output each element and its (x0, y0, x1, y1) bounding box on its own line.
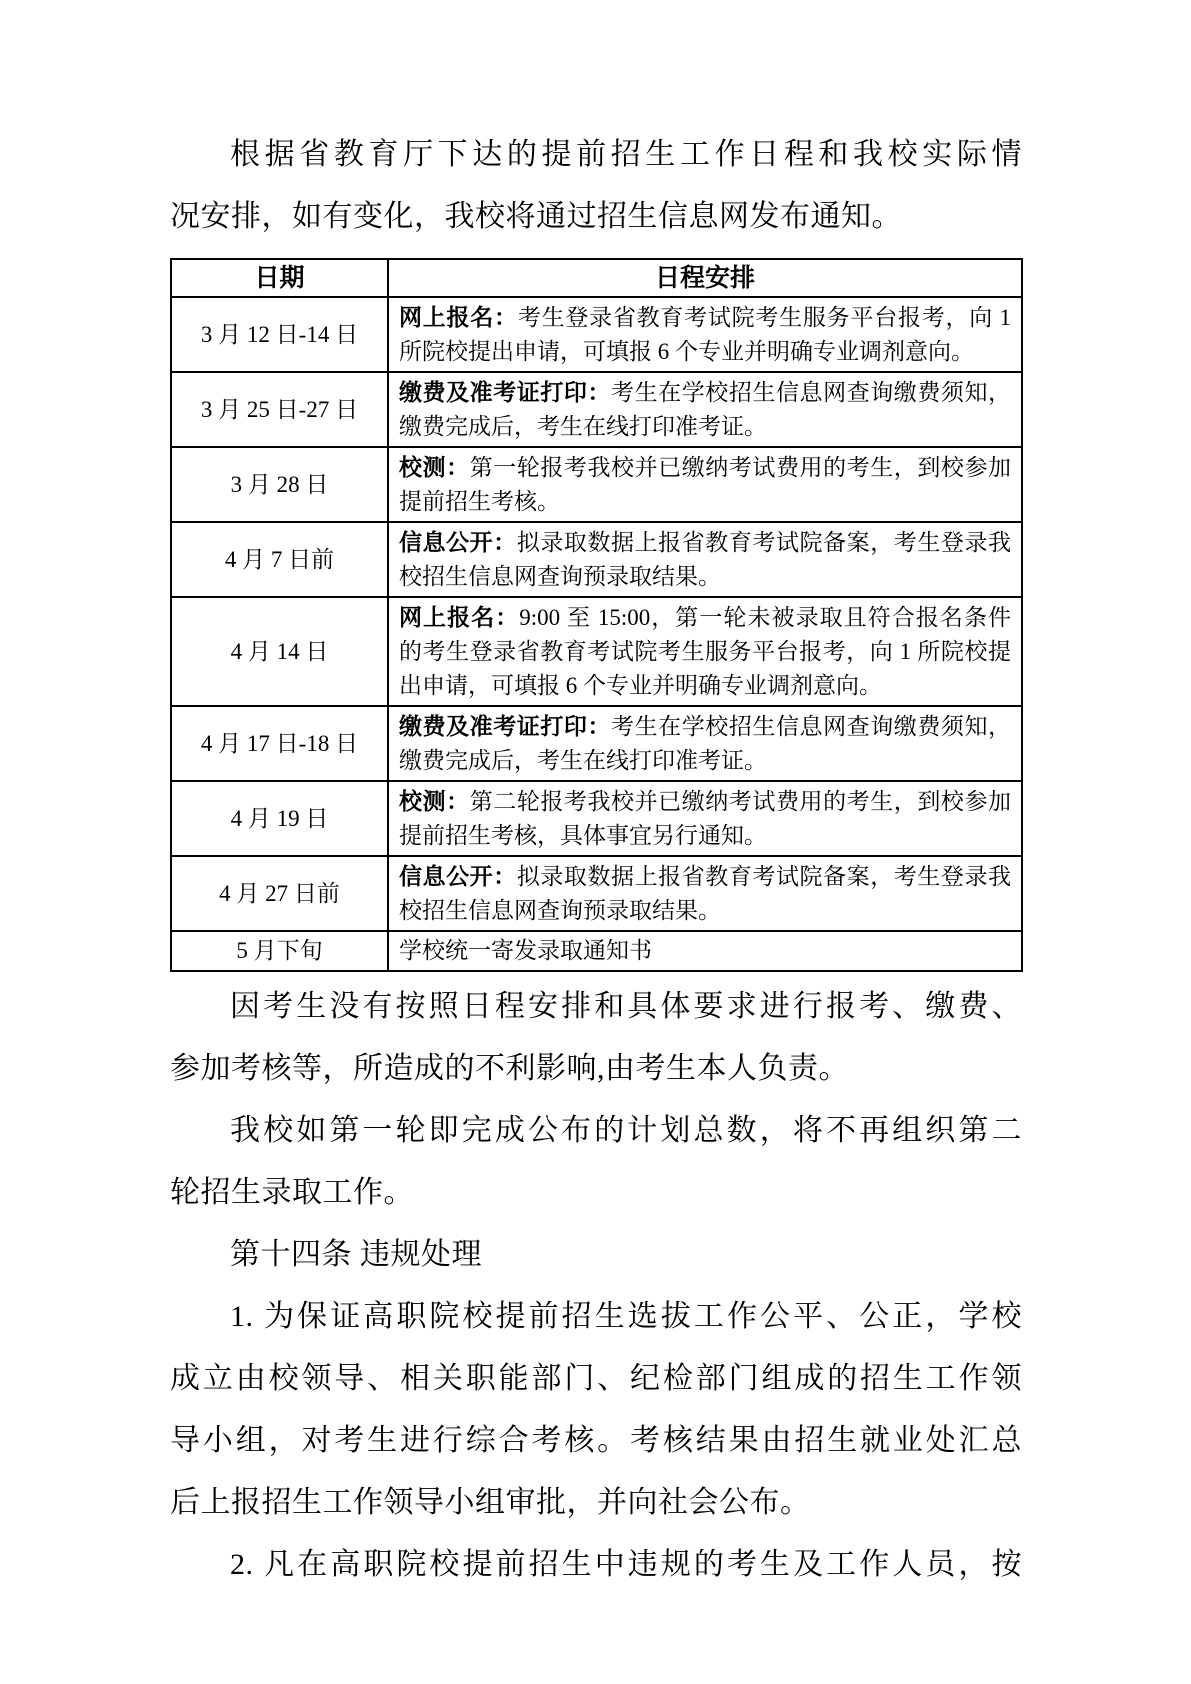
desc-line: 出申请，可填报 6 个专业并明确专业调剂意向。 (399, 669, 1011, 703)
desc-cell: 网上报名：9:00 至 15:00，第一轮未被录取且符合报名条件 的考生登录省教… (388, 597, 1022, 706)
desc-cell: 学校统一寄发录取通知书 (388, 931, 1022, 971)
desc-text: 考生在学校招生信息网查询缴费须知， (611, 380, 1011, 405)
desc-lead: 网上报名： (399, 604, 519, 630)
desc-line: 缴费及准考证打印：考生在学校招生信息网查询缴费须知， (399, 375, 1011, 410)
table-row: 3 月 12 日-14 日 网上报名：考生登录省教育考试院考生服务平台报考，向 … (171, 297, 1022, 372)
paragraph-line: 因考生没有按照日程安排和具体要求进行报考、缴费、 (170, 976, 1022, 1038)
paragraph-line: 参加考核等，所造成的不利影响,由考生本人负责。 (170, 1038, 1022, 1100)
intro-paragraph: 根据省教育厅下达的提前招生工作日程和我校实际情 况安排，如有变化，我校将通过招生… (170, 124, 1022, 248)
paragraph-line: 成立由校领导、相关职能部门、纪检部门组成的招生工作领 (170, 1348, 1022, 1410)
date-cell: 4 月 14 日 (171, 597, 388, 706)
table-row: 4 月 19 日 校测：第二轮报考我校并已缴纳考试费用的考生，到校参加 提前招生… (171, 781, 1022, 856)
desc-cell: 校测：第二轮报考我校并已缴纳考试费用的考生，到校参加 提前招生考核，具体事宜另行… (388, 781, 1022, 856)
desc-line: 所院校提出申请，可填报 6 个专业并明确专业调剂意向。 (399, 335, 1011, 369)
desc-text: 第二轮报考我校并已缴纳考试费用的考生，到校参加 (470, 789, 1011, 814)
date-cell: 4 月 27 日前 (171, 856, 388, 931)
desc-line: 信息公开：拟录取数据上报省教育考试院备案，考生登录我 (399, 525, 1011, 560)
desc-lead: 信息公开： (399, 863, 517, 889)
desc-text: 考生登录省教育考试院考生服务平台报考，向 1 (518, 305, 1011, 330)
section-heading-text: 第十四条 违规处理 (170, 1224, 1022, 1286)
desc-line: 提前招生考核。 (399, 485, 1011, 519)
date-cell: 4 月 7 日前 (171, 522, 388, 597)
desc-line: 校招生信息网查询预录取结果。 (399, 894, 1011, 928)
desc-cell: 缴费及准考证打印：考生在学校招生信息网查询缴费须知， 缴费完成后，考生在线打印准… (388, 372, 1022, 447)
desc-text: 拟录取数据上报省教育考试院备案，考生登录我 (517, 864, 1011, 889)
paragraph-line: 根据省教育厅下达的提前招生工作日程和我校实际情 (170, 124, 1022, 186)
date-cell: 4 月 17 日-18 日 (171, 706, 388, 781)
desc-line: 学校统一寄发录取通知书 (399, 934, 1011, 968)
date-cell: 5 月下旬 (171, 931, 388, 971)
desc-line: 缴费及准考证打印：考生在学校招生信息网查询缴费须知， (399, 709, 1011, 744)
document-page: 根据省教育厅下达的提前招生工作日程和我校实际情 况安排，如有变化，我校将通过招生… (0, 0, 1191, 1684)
desc-cell: 网上报名：考生登录省教育考试院考生服务平台报考，向 1 所院校提出申请，可填报 … (388, 297, 1022, 372)
desc-lead: 缴费及准考证打印： (399, 379, 611, 405)
desc-cell: 信息公开：拟录取数据上报省教育考试院备案，考生登录我 校招生信息网查询预录取结果… (388, 856, 1022, 931)
desc-line: 校测：第二轮报考我校并已缴纳考试费用的考生，到校参加 (399, 784, 1011, 819)
body-paragraph: 1. 为保证高职院校提前招生选拔工作公平、公正，学校 成立由校领导、相关职能部门… (170, 1286, 1022, 1534)
desc-lead: 校测： (399, 788, 470, 814)
header-cell-schedule: 日程安排 (388, 259, 1022, 297)
paragraph-line: 后上报招生工作领导小组审批，并向社会公布。 (170, 1472, 1022, 1534)
section-heading: 第十四条 违规处理 (170, 1224, 1022, 1286)
desc-cell: 校测：第一轮报考我校并已缴纳考试费用的考生，到校参加 提前招生考核。 (388, 447, 1022, 522)
paragraph-line: 我校如第一轮即完成公布的计划总数，将不再组织第二 (170, 1100, 1022, 1162)
document-content: 根据省教育厅下达的提前招生工作日程和我校实际情 况安排，如有变化，我校将通过招生… (170, 0, 1022, 1596)
desc-line: 提前招生考核，具体事宜另行通知。 (399, 819, 1011, 853)
desc-line: 信息公开：拟录取数据上报省教育考试院备案，考生登录我 (399, 859, 1011, 894)
desc-lead: 校测： (399, 454, 470, 480)
date-cell: 4 月 19 日 (171, 781, 388, 856)
paragraph-line: 况安排，如有变化，我校将通过招生信息网发布通知。 (170, 186, 1022, 248)
body-paragraph: 我校如第一轮即完成公布的计划总数，将不再组织第二 轮招生录取工作。 (170, 1100, 1022, 1224)
date-cell: 3 月 28 日 (171, 447, 388, 522)
date-cell: 3 月 25 日-27 日 (171, 372, 388, 447)
desc-text: 9:00 至 15:00，第一轮未被录取且符合报名条件 (519, 605, 1011, 630)
table-row: 4 月 17 日-18 日 缴费及准考证打印：考生在学校招生信息网查询缴费须知，… (171, 706, 1022, 781)
desc-cell: 缴费及准考证打印：考生在学校招生信息网查询缴费须知， 缴费完成后，考生在线打印准… (388, 706, 1022, 781)
header-cell-date: 日期 (171, 259, 388, 297)
table-header-row: 日期 日程安排 (171, 259, 1022, 297)
table-row: 5 月下旬 学校统一寄发录取通知书 (171, 931, 1022, 971)
table-row: 4 月 27 日前 信息公开：拟录取数据上报省教育考试院备案，考生登录我 校招生… (171, 856, 1022, 931)
desc-cell: 信息公开：拟录取数据上报省教育考试院备案，考生登录我 校招生信息网查询预录取结果… (388, 522, 1022, 597)
desc-line: 网上报名：9:00 至 15:00，第一轮未被录取且符合报名条件 (399, 600, 1011, 635)
desc-line: 缴费完成后，考生在线打印准考证。 (399, 410, 1011, 444)
paragraph-line: 1. 为保证高职院校提前招生选拔工作公平、公正，学校 (170, 1286, 1022, 1348)
paragraph-line: 2. 凡在高职院校提前招生中违规的考生及工作人员，按 (170, 1534, 1022, 1596)
desc-lead: 网上报名： (399, 304, 518, 330)
desc-line: 校测：第一轮报考我校并已缴纳考试费用的考生，到校参加 (399, 450, 1011, 485)
desc-line: 校招生信息网查询预录取结果。 (399, 560, 1011, 594)
date-cell: 3 月 12 日-14 日 (171, 297, 388, 372)
paragraph-line: 导小组，对考生进行综合考核。考核结果由招生就业处汇总 (170, 1410, 1022, 1472)
desc-text: 考生在学校招生信息网查询缴费须知， (611, 714, 1011, 739)
table-row: 4 月 14 日 网上报名：9:00 至 15:00，第一轮未被录取且符合报名条… (171, 597, 1022, 706)
desc-line: 缴费完成后，考生在线打印准考证。 (399, 744, 1011, 778)
table-row: 3 月 25 日-27 日 缴费及准考证打印：考生在学校招生信息网查询缴费须知，… (171, 372, 1022, 447)
paragraph-line: 轮招生录取工作。 (170, 1162, 1022, 1224)
body-paragraph: 2. 凡在高职院校提前招生中违规的考生及工作人员，按 (170, 1534, 1022, 1596)
desc-lead: 缴费及准考证打印： (399, 713, 611, 739)
desc-text: 拟录取数据上报省教育考试院备案，考生登录我 (517, 530, 1011, 555)
body-paragraph: 因考生没有按照日程安排和具体要求进行报考、缴费、 参加考核等，所造成的不利影响,… (170, 976, 1022, 1100)
table-row: 4 月 7 日前 信息公开：拟录取数据上报省教育考试院备案，考生登录我 校招生信… (171, 522, 1022, 597)
desc-line: 网上报名：考生登录省教育考试院考生服务平台报考，向 1 (399, 300, 1011, 335)
desc-text: 第一轮报考我校并已缴纳考试费用的考生，到校参加 (470, 455, 1011, 480)
schedule-table: 日期 日程安排 3 月 12 日-14 日 网上报名：考生登录省教育考试院考生服… (170, 258, 1023, 972)
desc-line: 的考生登录省教育考试院考生服务平台报考，向 1 所院校提 (399, 635, 1011, 669)
desc-lead: 信息公开： (399, 529, 517, 555)
table-row: 3 月 28 日 校测：第一轮报考我校并已缴纳考试费用的考生，到校参加 提前招生… (171, 447, 1022, 522)
